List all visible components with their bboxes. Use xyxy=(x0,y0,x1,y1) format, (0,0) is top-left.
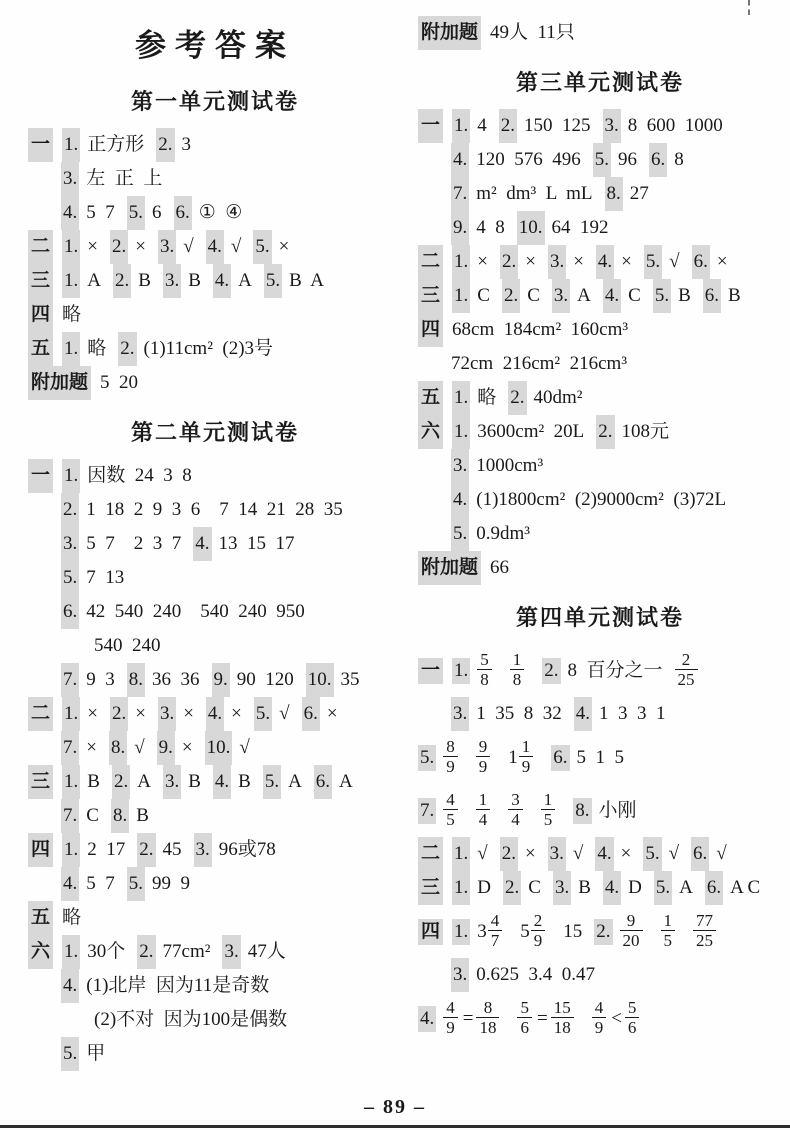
question-number: 1. xyxy=(62,459,80,493)
question-number: 1. xyxy=(452,919,470,945)
answer-line: 一1.正方形2.3 xyxy=(28,128,402,162)
answer-text: 3 xyxy=(182,128,192,162)
question-number: 2. xyxy=(118,332,136,366)
answer-text: B xyxy=(136,799,149,833)
question-number: 3. xyxy=(194,833,212,867)
left-column: 参考答案第一单元测试卷一1.正方形2.33.左 正 上4.5 75.66.① ④… xyxy=(28,10,402,1071)
question-number: 6. xyxy=(705,871,723,905)
fraction: 19 xyxy=(519,737,534,776)
unit-heading: 第二单元测试卷 xyxy=(28,416,402,447)
answer-line: 6.42 540 240 540 240 950 xyxy=(28,595,402,629)
answer-line: 9.4 810.64 192 xyxy=(418,211,782,245)
question-number: 4. xyxy=(206,230,224,264)
fraction-denominator: 9 xyxy=(443,1017,458,1037)
answer-line: 4.49=81856=151849<56 xyxy=(418,992,782,1045)
answer-line: 4.5 75.99 9 xyxy=(28,867,402,901)
operator: = xyxy=(463,1006,474,1032)
answer-text: 4 8 xyxy=(476,211,505,245)
question-number: 7. xyxy=(61,799,79,833)
mixed-whole: 5 xyxy=(520,919,530,945)
answer-text: √ xyxy=(239,731,249,765)
fraction-denominator: 6 xyxy=(517,1017,532,1037)
fraction-denominator: 9 xyxy=(443,756,458,776)
question-number: 2. xyxy=(500,837,518,871)
answer-text: 99 9 xyxy=(152,867,190,901)
answer-line: 一1.因数 24 3 8 xyxy=(28,459,402,493)
question-number: 3. xyxy=(222,935,240,969)
answer-text: 36 36 xyxy=(152,663,200,697)
answer-text: √ xyxy=(231,230,241,264)
answer-line: 二1.×2.×3.√4.√5.× xyxy=(28,230,402,264)
question-number: 1. xyxy=(452,381,470,415)
fraction-numerator: 5 xyxy=(477,650,492,669)
answer-line: 一1.58182.8 百分之一225 xyxy=(418,644,782,697)
answer-text: B xyxy=(138,264,151,298)
section-marker: 一 xyxy=(28,128,53,162)
fraction-denominator: 18 xyxy=(476,1017,499,1037)
answer-line: 一1.42.150 1253.8 600 1000 xyxy=(418,109,782,143)
question-number: 3. xyxy=(451,449,469,483)
answer-text: √ xyxy=(134,731,144,765)
answer-text: 5 20 xyxy=(100,366,138,400)
question-number: 3. xyxy=(552,279,570,313)
answer-text: √ xyxy=(669,837,679,871)
answer-text: 96或78 xyxy=(219,833,276,867)
fraction-denominator: 5 xyxy=(443,809,458,829)
question-number: 2. xyxy=(110,697,128,731)
answer-text: 40dm² xyxy=(534,381,583,415)
question-number: 6. xyxy=(61,595,79,629)
fraction-denominator: 4 xyxy=(508,809,523,829)
answer-text: √ xyxy=(716,837,726,871)
question-number: 5. xyxy=(253,230,271,264)
answer-text: × xyxy=(182,731,193,765)
answer-text: 左 正 上 xyxy=(86,162,162,196)
section-marker: 二 xyxy=(418,245,443,279)
answer-line: 五1.略2.(1)11cm² (2)3号 xyxy=(28,332,402,366)
answer-text: (1)北岸 因为11是奇数 xyxy=(86,969,269,1003)
answer-line: (2)不对 因为100是偶数 xyxy=(28,1003,402,1037)
section-marker: 三 xyxy=(418,279,443,313)
question-number: 9. xyxy=(212,663,230,697)
question-number: 5. xyxy=(643,837,661,871)
question-number: 2. xyxy=(596,415,614,449)
question-number: 2. xyxy=(508,381,526,415)
question-number: 5. xyxy=(653,279,671,313)
question-number: 6. xyxy=(691,837,709,871)
answer-text: B xyxy=(87,765,100,799)
answer-key-page: 参考答案第一单元测试卷一1.正方形2.33.左 正 上4.5 75.66.① ④… xyxy=(0,0,790,1128)
question-number: 3. xyxy=(548,245,566,279)
answer-line: 5.7 13 xyxy=(28,561,402,595)
unit-heading: 第一单元测试卷 xyxy=(28,85,402,116)
question-number: 9. xyxy=(451,211,469,245)
question-number: 4. xyxy=(595,837,613,871)
question-number: 2. xyxy=(156,128,174,162)
fraction-numerator: 9 xyxy=(476,737,491,756)
question-number: 6. xyxy=(692,245,710,279)
fraction: 45 xyxy=(443,790,458,829)
question-number: 4. xyxy=(213,264,231,298)
fraction: 29 xyxy=(531,911,546,950)
answer-text: C xyxy=(477,279,490,313)
right-column: 附加题49人 11只第三单元测试卷一1.42.150 1253.8 600 10… xyxy=(418,10,782,1045)
fraction-numerator: 4 xyxy=(443,790,458,809)
answer-text: B xyxy=(188,765,201,799)
fraction-numerator: 1 xyxy=(661,911,676,930)
answer-line: 2.1 18 2 9 3 6 7 14 21 28 35 xyxy=(28,493,402,527)
answer-text: B xyxy=(728,279,741,313)
question-number: 1. xyxy=(452,658,470,684)
fraction: 18 xyxy=(510,650,525,689)
question-number: 6. xyxy=(174,196,192,230)
answer-text: A xyxy=(339,765,353,799)
answer-text: 1 3 3 1 xyxy=(599,697,666,731)
answer-text: 27 xyxy=(630,177,649,211)
fraction: 58 xyxy=(477,650,492,689)
question-number: 4. xyxy=(603,279,621,313)
answer-text: 略 xyxy=(62,901,81,935)
answer-line: 4.(1)1800cm² (2)9000cm² (3)72L xyxy=(418,483,782,517)
question-number: 7. xyxy=(451,177,469,211)
question-number: 4. xyxy=(206,697,224,731)
section-marker: 二 xyxy=(28,697,53,731)
answer-line: 二1.√2.×3.√4.×5.√6.√ xyxy=(418,837,782,871)
fraction-numerator: 5 xyxy=(517,998,532,1017)
answer-text: 9 3 xyxy=(86,663,115,697)
question-number: 3. xyxy=(163,264,181,298)
answer-text: √ xyxy=(183,230,193,264)
fraction-numerator: 4 xyxy=(592,998,607,1017)
fraction-denominator: 4 xyxy=(476,809,491,829)
answer-text: B A xyxy=(289,264,324,298)
answer-text: 7 13 xyxy=(86,561,124,595)
section-marker: 三 xyxy=(28,765,53,799)
answer-line: 3.5 7 2 3 74.13 15 17 xyxy=(28,527,402,561)
answer-line: 附加题5 20 xyxy=(28,366,402,400)
question-number: 4. xyxy=(596,245,614,279)
page-number: – 89 – xyxy=(0,1096,790,1119)
fraction-denominator: 8 xyxy=(477,669,492,689)
answer-text: × xyxy=(231,697,242,731)
question-number: 8. xyxy=(111,799,129,833)
answer-line: 二1.×2.×3.×4.×5.√6.× xyxy=(28,697,402,731)
fraction-numerator: 15 xyxy=(551,998,574,1017)
fraction: 99 xyxy=(476,737,491,776)
question-number: 5. xyxy=(254,697,272,731)
answer-text: 小刚 xyxy=(599,798,637,824)
section-marker: 四 xyxy=(28,833,53,867)
answer-text: 8 600 1000 xyxy=(628,109,723,143)
question-number: 2. xyxy=(112,765,130,799)
section-marker: 六 xyxy=(28,935,53,969)
question-number: 2. xyxy=(594,919,612,945)
question-number: 2. xyxy=(542,658,560,684)
fraction-denominator: 25 xyxy=(693,930,716,950)
answer-text: 15 xyxy=(563,919,582,945)
question-number: 6. xyxy=(551,745,569,771)
question-number: 1. xyxy=(62,264,80,298)
fraction-denominator: 6 xyxy=(625,1017,640,1037)
fraction-numerator: 8 xyxy=(481,998,496,1017)
fraction: 15 xyxy=(541,790,556,829)
answer-text: 72cm 216cm² 216cm³ xyxy=(451,347,627,381)
question-number: 1. xyxy=(62,765,80,799)
answer-text: × xyxy=(87,697,98,731)
question-number: 2. xyxy=(499,109,517,143)
question-number: 4. xyxy=(61,867,79,901)
question-number: 5. xyxy=(61,561,79,595)
answer-text: × xyxy=(87,230,98,264)
answer-text: 3600cm² 20L xyxy=(477,415,584,449)
section-marker: 三 xyxy=(418,871,443,905)
question-number: 4. xyxy=(451,483,469,517)
fraction-numerator: 5 xyxy=(625,998,640,1017)
question-number: 3. xyxy=(553,871,571,905)
section-marker: 四 xyxy=(28,298,53,332)
answer-text: 5 1 5 xyxy=(577,745,625,771)
answer-text: × xyxy=(573,245,584,279)
answer-text: ① ④ xyxy=(199,196,243,230)
section-marker: 附加题 xyxy=(418,551,481,585)
answer-line: 5.0.9dm³ xyxy=(418,517,782,551)
fraction-numerator: 3 xyxy=(508,790,523,809)
answer-text: 略 xyxy=(87,332,106,366)
question-number: 1. xyxy=(62,833,80,867)
answer-text: 96 xyxy=(618,143,637,177)
answer-text: × xyxy=(477,245,488,279)
answer-line: 五1.略2.40dm² xyxy=(418,381,782,415)
answer-text: C xyxy=(528,871,541,905)
question-number: 1. xyxy=(62,935,80,969)
answer-line: 三1.C2.C3.A4.C5.B6.B xyxy=(418,279,782,313)
answer-text: 6 xyxy=(152,196,162,230)
answer-text: 略 xyxy=(62,298,81,332)
answer-line: 3.1000cm³ xyxy=(418,449,782,483)
question-number: 8. xyxy=(127,663,145,697)
answer-text: 因数 24 3 8 xyxy=(87,459,192,493)
answer-text: 5 7 xyxy=(86,867,115,901)
question-number: 1. xyxy=(62,332,80,366)
answer-text: 42 540 240 540 240 950 xyxy=(86,595,305,629)
fraction: 89 xyxy=(443,737,458,776)
question-number: 1. xyxy=(62,230,80,264)
answer-text: B xyxy=(578,871,591,905)
answer-line: 4.(1)北岸 因为11是奇数 xyxy=(28,969,402,1003)
question-number: 6. xyxy=(314,765,332,799)
answer-text: 8 xyxy=(674,143,684,177)
question-number: 5. xyxy=(644,245,662,279)
operator: = xyxy=(537,1006,548,1032)
answer-text: 35 xyxy=(341,663,360,697)
question-number: 1. xyxy=(62,128,80,162)
fraction-numerator: 9 xyxy=(624,911,639,930)
question-number: 7. xyxy=(61,731,79,765)
answer-text: 甲 xyxy=(86,1037,105,1071)
fraction-denominator: 7 xyxy=(488,930,503,950)
answer-line: 三1.A2.B3.B4.A5.B A xyxy=(28,264,402,298)
answer-text: √ xyxy=(279,697,289,731)
question-number: 9. xyxy=(157,731,175,765)
answer-text: D xyxy=(628,871,642,905)
fraction: 920 xyxy=(620,911,643,950)
question-number: 4. xyxy=(451,143,469,177)
question-number: 10. xyxy=(205,731,233,765)
section-marker: 五 xyxy=(418,381,443,415)
answer-text: (1)11cm² (2)3号 xyxy=(144,332,274,366)
question-number: 6. xyxy=(649,143,667,177)
question-number: 3. xyxy=(61,162,79,196)
section-marker: 五 xyxy=(28,332,53,366)
answer-text: × xyxy=(525,837,536,871)
answer-text: 0.9dm³ xyxy=(476,517,530,551)
question-number: 5. xyxy=(451,517,469,551)
question-number: 8. xyxy=(109,731,127,765)
question-number: 4. xyxy=(603,871,621,905)
question-number: 2. xyxy=(503,871,521,905)
answer-line: 六1.3600cm² 20L2.108元 xyxy=(418,415,782,449)
question-number: 3. xyxy=(603,109,621,143)
answer-text: 66 xyxy=(490,551,509,585)
unit-heading: 第四单元测试卷 xyxy=(418,601,782,632)
question-number: 3. xyxy=(158,230,176,264)
answer-text: C xyxy=(628,279,641,313)
answer-line: 4.120 576 4965.966.8 xyxy=(418,143,782,177)
answer-line: 4.5 75.66.① ④ xyxy=(28,196,402,230)
fraction: 56 xyxy=(625,998,640,1037)
section-marker: 一 xyxy=(418,658,443,684)
mixed-number: 119 xyxy=(508,738,533,777)
answer-line: 附加题66 xyxy=(418,551,782,585)
question-number: 2. xyxy=(61,493,79,527)
answer-line: 7.C8.B xyxy=(28,799,402,833)
question-number: 1. xyxy=(452,415,470,449)
answer-line: 7.451434158.小刚 xyxy=(418,784,782,837)
fraction-denominator: 9 xyxy=(519,756,534,776)
answer-text: A xyxy=(679,871,693,905)
question-number: 2. xyxy=(502,279,520,313)
answer-line: 72cm 216cm² 216cm³ xyxy=(418,347,782,381)
answer-text: 5 7 xyxy=(86,196,115,230)
answer-text: (1)1800cm² (2)9000cm² (3)72L xyxy=(476,483,726,517)
question-number: 4. xyxy=(574,697,592,731)
fraction: 1518 xyxy=(551,998,574,1037)
answer-text: A xyxy=(238,264,252,298)
answer-text: × xyxy=(279,230,290,264)
answer-text: 47人 xyxy=(248,935,286,969)
answer-line: 7.×8.√9.×10.√ xyxy=(28,731,402,765)
answer-text: 30个 xyxy=(87,935,125,969)
question-number: 1. xyxy=(62,697,80,731)
answer-text: × xyxy=(135,230,146,264)
answer-text: × xyxy=(621,837,632,871)
answer-line: 三1.D2.C3.B4.D5.A6.A C xyxy=(418,871,782,905)
fraction: 34 xyxy=(508,790,523,829)
answer-line: 540 240 xyxy=(28,629,402,663)
answer-text: 49人 11只 xyxy=(490,16,575,50)
fraction: 15 xyxy=(661,911,676,950)
question-number: 3. xyxy=(548,837,566,871)
question-number: 8. xyxy=(573,798,591,824)
answer-text: 1000cm³ xyxy=(476,449,543,483)
answer-text: √ xyxy=(669,245,679,279)
mixed-whole: 3 xyxy=(477,919,487,945)
question-number: 5. xyxy=(127,196,145,230)
fraction-denominator: 8 xyxy=(510,669,525,689)
fraction-numerator: 8 xyxy=(443,737,458,756)
fraction-denominator: 5 xyxy=(541,809,556,829)
answer-text: 68cm 184cm² 160cm³ xyxy=(452,313,628,347)
answer-text: B xyxy=(188,264,201,298)
question-number: 3. xyxy=(158,697,176,731)
answer-text: 略 xyxy=(477,381,496,415)
answer-text: m² dm³ L mL xyxy=(476,177,592,211)
answer-text: 150 125 xyxy=(524,109,591,143)
section-marker: 六 xyxy=(418,415,443,449)
question-number: 5. xyxy=(593,143,611,177)
page-title: 参考答案 xyxy=(28,20,402,65)
answer-text: C xyxy=(527,279,540,313)
answer-text: 5 7 2 3 7 xyxy=(86,527,181,561)
question-number: 1. xyxy=(452,837,470,871)
answer-line: 附加题49人 11只 xyxy=(418,16,782,50)
question-number: 5. xyxy=(61,1037,79,1071)
question-number: 3. xyxy=(451,697,469,731)
question-number: 1. xyxy=(452,279,470,313)
answer-text: 120 576 496 xyxy=(476,143,581,177)
question-number: 1. xyxy=(452,245,470,279)
question-number: 5. xyxy=(264,264,282,298)
fraction-numerator: 77 xyxy=(693,911,716,930)
section-marker: 二 xyxy=(418,837,443,871)
answer-text: 0.625 3.4 0.47 xyxy=(476,958,595,992)
fraction: 49 xyxy=(443,998,458,1037)
answer-text: × xyxy=(621,245,632,279)
fraction-denominator: 9 xyxy=(531,930,546,950)
answer-text: A xyxy=(137,765,151,799)
fold-mark xyxy=(748,0,750,15)
answer-text: × xyxy=(327,697,338,731)
question-number: 2. xyxy=(113,264,131,298)
answer-text: 90 120 xyxy=(237,663,294,697)
answer-text: × xyxy=(135,697,146,731)
question-number: 5. xyxy=(418,745,436,771)
answer-text: × xyxy=(525,245,536,279)
answer-line: 四略 xyxy=(28,298,402,332)
answer-line: 5.甲 xyxy=(28,1037,402,1071)
question-number: 4. xyxy=(61,969,79,1003)
answer-text: A C xyxy=(730,871,760,905)
question-number: 10. xyxy=(306,663,334,697)
answer-line: 5.89991196.5 1 5 xyxy=(418,731,782,784)
answer-text: 540 240 xyxy=(94,629,161,663)
section-marker: 附加题 xyxy=(418,16,481,50)
question-number: 5. xyxy=(654,871,672,905)
question-number: 6. xyxy=(703,279,721,313)
section-marker: 一 xyxy=(28,459,53,493)
section-marker: 四 xyxy=(418,919,443,945)
section-marker: 二 xyxy=(28,230,53,264)
fraction: 14 xyxy=(476,790,491,829)
fraction-denominator: 18 xyxy=(551,1017,574,1037)
answer-line: 3.1 35 8 324.1 3 3 1 xyxy=(418,697,782,731)
answer-text: 45 xyxy=(163,833,182,867)
fraction: 7725 xyxy=(693,911,716,950)
fraction-numerator: 1 xyxy=(476,790,491,809)
fraction-numerator: 1 xyxy=(510,650,525,669)
fraction-numerator: 4 xyxy=(488,911,503,930)
answer-line: 五略 xyxy=(28,901,402,935)
